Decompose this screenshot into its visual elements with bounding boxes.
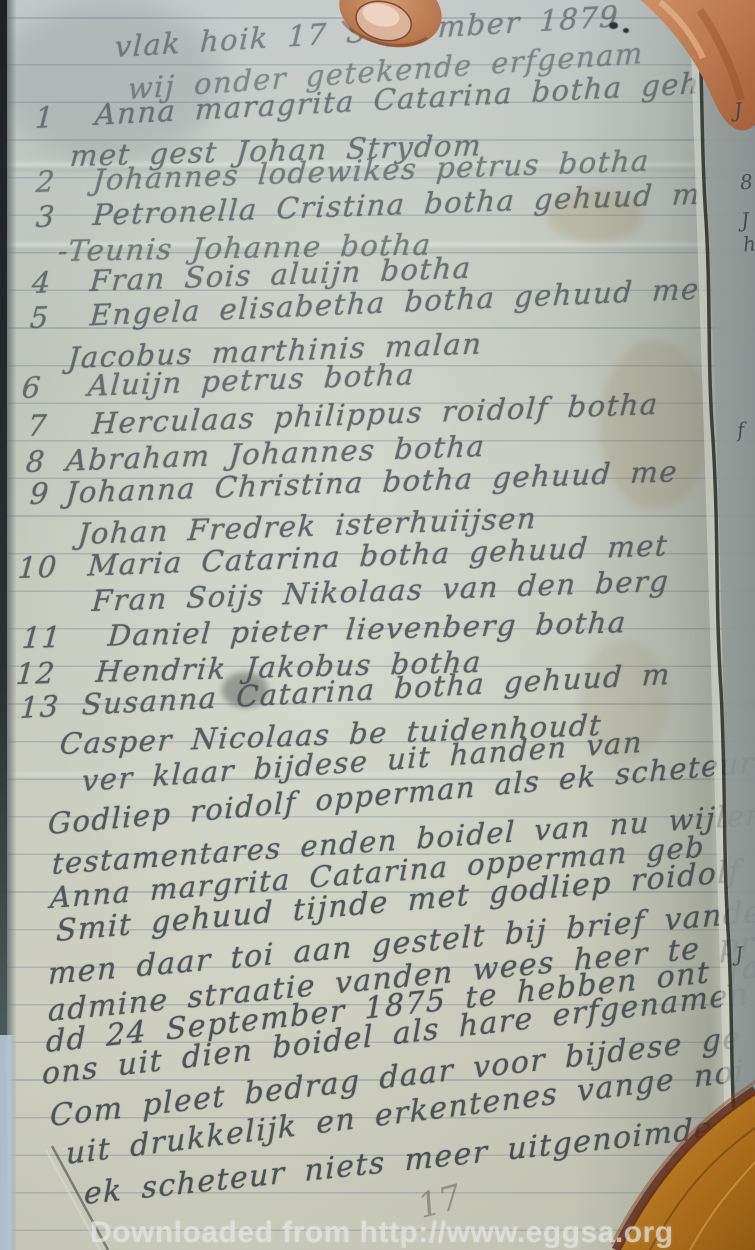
entry-number: 11 xyxy=(21,619,110,655)
entry-number: 9 xyxy=(29,476,67,511)
edge-writing-fragment: 8 xyxy=(739,169,754,194)
watermark-text: Downloaded from http://www.eggsa.org xyxy=(90,1216,674,1250)
wood-grain xyxy=(690,1162,755,1250)
entry-number: 7 xyxy=(27,407,93,443)
edge-writing-fragment: J xyxy=(733,98,743,123)
entry-number: 1 xyxy=(34,98,96,135)
entry-number: 6 xyxy=(21,369,89,405)
entry-number: 3 xyxy=(35,198,94,234)
entry-number: 8 xyxy=(25,444,67,479)
table-edge-blue xyxy=(0,1035,17,1250)
finger-shading xyxy=(700,10,741,100)
entry-number: 13 xyxy=(19,688,83,725)
edge-writing-fragment: J xyxy=(740,208,750,233)
entry-number: 12 xyxy=(15,655,98,691)
finger-highlight xyxy=(660,2,703,58)
entry-number: 10 xyxy=(17,549,89,586)
edge-writing-fragment: h xyxy=(742,231,755,256)
ink-dot xyxy=(623,28,629,33)
scanned-manuscript-photo: vlak hoik 17 September 1879wij onder get… xyxy=(0,0,755,1250)
entry-number: 2 xyxy=(35,163,94,199)
edge-writing-fragment: f xyxy=(736,418,745,443)
entry-number: 5 xyxy=(29,298,91,335)
entry-number: 4 xyxy=(31,264,91,300)
